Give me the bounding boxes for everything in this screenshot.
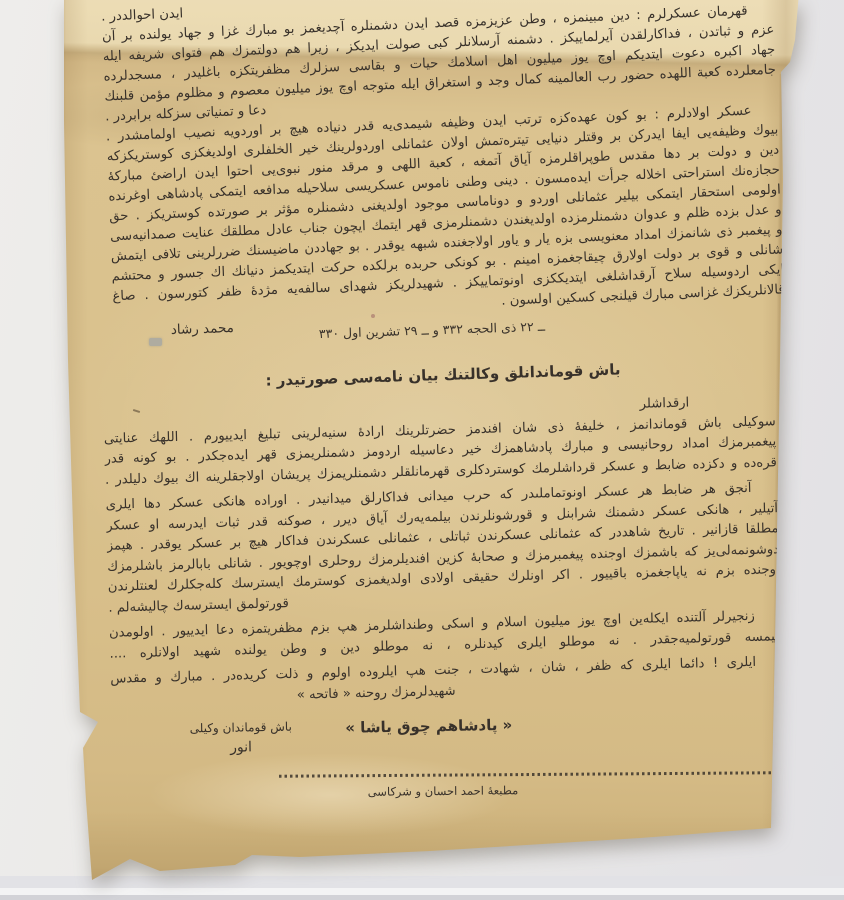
commander-proclamation-text: ارقداشلرسوكيلى باش قوماندانمز ، خليفهٔ ذ… bbox=[103, 391, 783, 710]
divider-dotted-rule bbox=[279, 771, 779, 777]
section-heading: باش قوماندانلق وكالتنك بيان نامه‌سى صورت… bbox=[107, 353, 779, 396]
printer-imprint: مطبعهٔ احمد احسان و شركاسى bbox=[107, 780, 779, 801]
paper-sheet: ايدن احوالددر .قهرمان عسكرلرم : دين مبين… bbox=[0, 0, 844, 900]
commander-signature-name: انور bbox=[153, 738, 329, 757]
signature-block: باش قوماندان وكيلى انور « پادشاهم چوق يا… bbox=[107, 711, 780, 767]
salute-line: « پادشاهم چوق ياشا » bbox=[93, 711, 765, 741]
gray-stamp-mark bbox=[149, 338, 162, 346]
sultan-signature: محمد رشاد bbox=[171, 320, 235, 338]
document-paper: ايدن احوالددر .قهرمان عسكرلرم : دين مبين… bbox=[0, 0, 844, 900]
document-content: ايدن احوالددر .قهرمان عسكرلرم : دين مبين… bbox=[107, 0, 779, 798]
photo-background: ايدن احوالددر .قهرمان عسكرلرم : دين مبين… bbox=[0, 0, 844, 900]
royal-proclamation-text: ايدن احوالددر .قهرمان عسكرلرم : دين مبين… bbox=[101, 0, 785, 327]
paper-stain bbox=[371, 314, 375, 318]
